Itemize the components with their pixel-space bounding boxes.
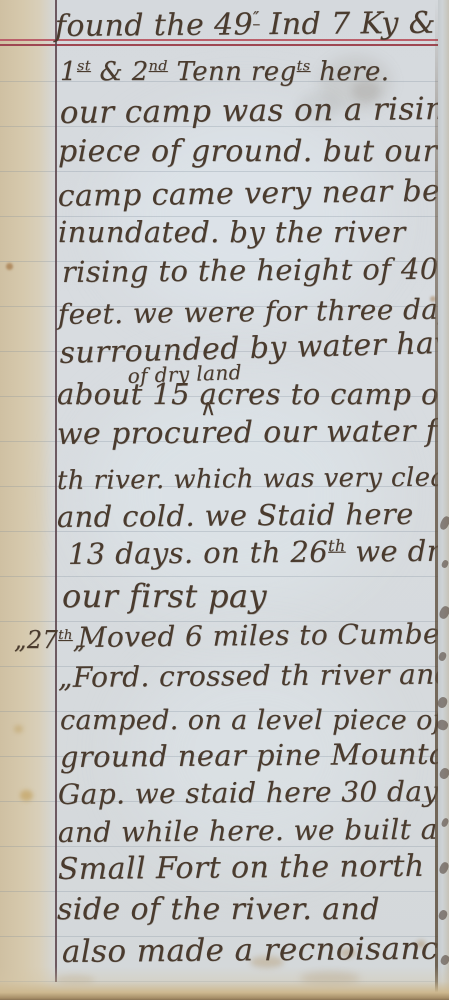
line-01: found the 49″ Ind 7 Ky & (55, 9, 436, 42)
line-18: camped. on a level piece of (60, 707, 443, 734)
line-14: 13 days. on th 26th we drew (68, 536, 449, 569)
line-10: about 15 acres to camp on (57, 380, 449, 409)
line-13: and cold. we Staid here (57, 500, 414, 532)
journal-page: found the 49″ Ind 7 Ky &1st & 2nd Tenn r… (0, 0, 449, 1000)
line-06: inundated. by the river (58, 218, 406, 247)
line-12: th river. which was very clear (57, 464, 449, 494)
line-04: piece of ground. but our (58, 137, 437, 167)
line-16: Moved 6 miles to Cumberland (78, 619, 449, 652)
red-header-line (0, 44, 440, 46)
page-bottom-edge (0, 966, 449, 1000)
line-19: ground near pine Mountains (60, 739, 449, 772)
line-23: side of the river. and (57, 895, 380, 925)
line-05: camp came very near being (58, 176, 449, 212)
line-21: and while here. we built a (58, 816, 438, 847)
line-20: Gap. we staid here 30 days (58, 778, 449, 809)
line-11: we procured our water from (57, 416, 449, 450)
line-07: rising to the height of 40 (62, 255, 439, 287)
line-08: feet. we were for three days (58, 295, 449, 329)
ruled-line (0, 171, 449, 172)
line-09: surrounded by water having (59, 327, 449, 369)
line-17: „Ford. crossed th river and (58, 661, 449, 692)
line-22: Small Fort on the north (58, 852, 425, 885)
line-02: 1st & 2nd Tenn regts here. (60, 59, 389, 85)
margin-note: „27th„ (14, 628, 86, 652)
line-24: also made a recnoisance (62, 934, 449, 968)
line-03: our camp was on a rising (60, 94, 449, 129)
page-left-edge (0, 0, 58, 1000)
line-15: our first pay (62, 580, 267, 612)
next-page-sliver (438, 0, 449, 1000)
